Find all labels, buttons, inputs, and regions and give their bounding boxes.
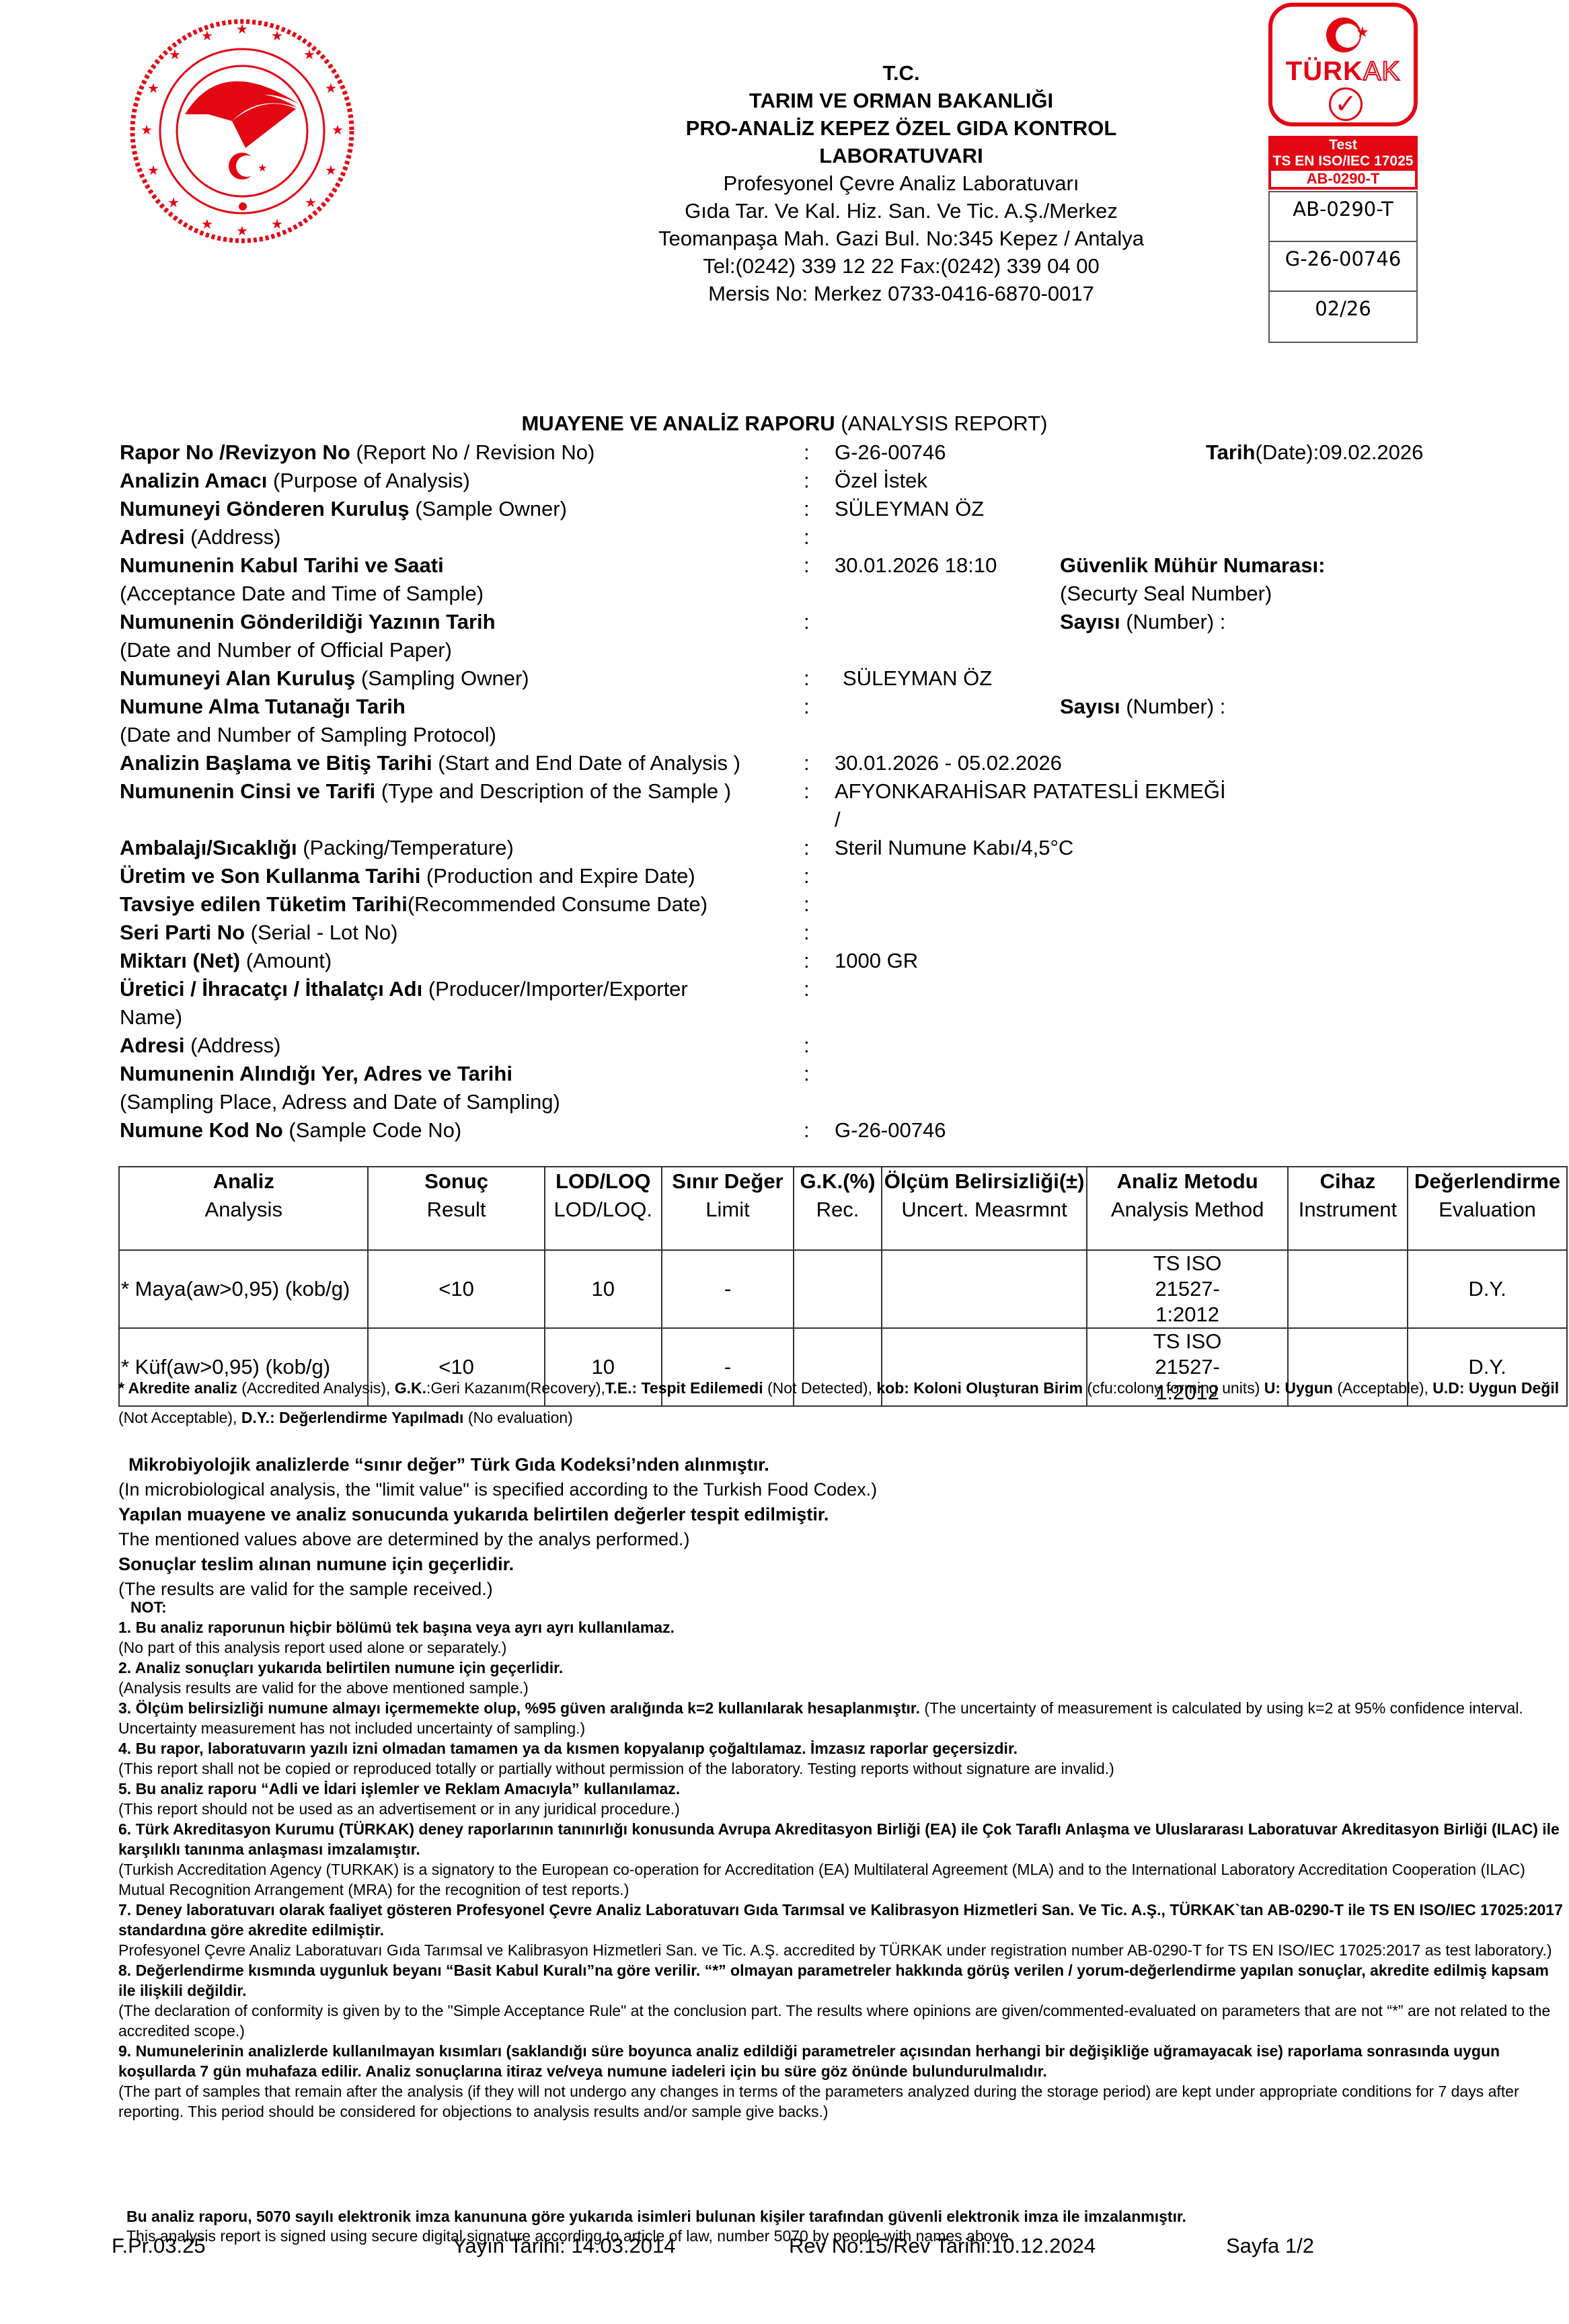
header-tr: Sınır Değer bbox=[664, 1167, 792, 1196]
note-item: 8. Değerlendirme kısmında uygunluk beyan… bbox=[118, 1960, 1564, 2041]
header-phone: Tel:(0242) 339 12 22 Fax:(0242) 339 04 0… bbox=[578, 252, 1224, 280]
note-en: (Analysis results are valid for the abov… bbox=[118, 1678, 1564, 1698]
column-header: G.K.(%)Rec. bbox=[794, 1167, 882, 1250]
statement-line: The mentioned values above are determine… bbox=[118, 1527, 1564, 1552]
ministry-seal-logo: ★ ★★ ★★ ★★ ★★ ★★ ★★ ★★ ★ ★ bbox=[121, 13, 363, 249]
ministry-seal-icon: ★ ★★ ★★ ★★ ★★ ★★ ★★ ★★ ★ ★ bbox=[121, 13, 363, 249]
column-header: Analiz MetoduAnalysis Method bbox=[1087, 1167, 1287, 1250]
legend-desc: (Acceptable), bbox=[1333, 1379, 1432, 1397]
svg-text:★: ★ bbox=[169, 48, 181, 63]
band-test-label: Test bbox=[1268, 137, 1418, 153]
header-lab-name-2: LABORATUVARI bbox=[578, 142, 1224, 169]
info-sample-type-cont: / bbox=[120, 806, 1532, 834]
note-tr: 6. Türk Akreditasyon Kurumu (TÜRKAK) den… bbox=[118, 1820, 1560, 1858]
turkak-logo: ★ TÜRKAK ✓ bbox=[1268, 3, 1418, 126]
table-row: * Maya(aw>0,95) (kob/g)<1010-TS ISO 2152… bbox=[119, 1250, 1567, 1328]
band-standard: TS EN ISO/IEC 17025 bbox=[1268, 153, 1418, 169]
note-item: 4. Bu rapor, laboratuvarın yazılı izni o… bbox=[118, 1738, 1564, 1779]
note-tr: 5. Bu analiz raporu “Adli ve İdari işlem… bbox=[118, 1780, 680, 1797]
header-tr: Cihaz bbox=[1290, 1167, 1406, 1196]
header-line: T.C. bbox=[578, 59, 1224, 87]
header-en: Analysis bbox=[205, 1198, 282, 1221]
info-acceptance-en: (Acceptance Date and Time of Sample) (Se… bbox=[120, 580, 1532, 608]
legend-term: U: Uygun bbox=[1264, 1379, 1333, 1397]
legend-term: * Akredite analiz bbox=[118, 1379, 237, 1397]
report-date: Tarih(Date):09.02.2026 bbox=[1206, 438, 1423, 467]
report-no-value: G-26-00746 bbox=[835, 438, 946, 467]
legend-desc: (Accredited Analysis), bbox=[237, 1379, 395, 1397]
info-sample-owner: Numuneyi Gönderen Kuruluş (Sample Owner)… bbox=[120, 495, 1532, 523]
info-sample-type: Numunenin Cinsi ve Tarifi (Type and Desc… bbox=[120, 777, 1532, 806]
note-en: (This report should not be used as an ad… bbox=[118, 1799, 1564, 1819]
header-ministry: TARIM VE ORMAN BAKANLIĞI bbox=[578, 87, 1224, 114]
header-en: Analysis Method bbox=[1111, 1198, 1264, 1221]
header-tr: Analiz Metodu bbox=[1089, 1167, 1285, 1196]
legend-term: T.E.: Tespit Edilemedi bbox=[605, 1379, 763, 1397]
header-address: Teomanpaşa Mah. Gazi Bul. No:345 Kepez /… bbox=[578, 225, 1224, 252]
microbiology-statements: Mikrobiyolojik analizlerde “sınır değer”… bbox=[118, 1452, 1564, 1602]
note-tr: 1. Bu analiz raporunun hiçbir bölümü tek… bbox=[118, 1619, 675, 1636]
statement-line: Sonuçlar teslim alınan numune için geçer… bbox=[118, 1552, 1564, 1577]
info-official-paper-en: (Date and Number of Official Paper) bbox=[120, 636, 1532, 664]
info-address: Adresi (Address) : bbox=[120, 523, 1532, 551]
info-sampling-place-en: (Sampling Place, Adress and Date of Samp… bbox=[120, 1088, 1532, 1116]
info-sampling-owner: Numuneyi Alan Kuruluş (Sampling Owner) :… bbox=[120, 664, 1532, 693]
legend-desc: (No evaluation) bbox=[463, 1409, 572, 1426]
report-period: 02/26 bbox=[1270, 292, 1416, 342]
legend-desc: (cfu:colony forming units) bbox=[1083, 1379, 1264, 1397]
note-item: 9. Numunelerinin analizlerde kullanılmay… bbox=[118, 2041, 1564, 2122]
svg-text:★: ★ bbox=[325, 163, 337, 178]
note-en: (Turkish Accreditation Agency (TURKAK) i… bbox=[118, 1859, 1564, 1900]
page-footer: F.Pr.03.25 Yayın Tarihi: 14.03.2014 Rev … bbox=[0, 2234, 1569, 2263]
star-icon: ★ bbox=[1356, 25, 1369, 40]
legend-term: G.K. bbox=[395, 1379, 426, 1397]
note-item: 6. Türk Akreditasyon Kurumu (TÜRKAK) den… bbox=[118, 1819, 1564, 1900]
note-tr: 4. Bu rapor, laboratuvarın yazılı izni o… bbox=[118, 1740, 1018, 1757]
note-en: (No part of this analysis report used al… bbox=[118, 1637, 1564, 1658]
legend-desc: (Not Detected), bbox=[763, 1379, 877, 1397]
svg-text:★: ★ bbox=[201, 29, 213, 44]
page-number: Sayfa 1/2 bbox=[1226, 2234, 1314, 2258]
header-tr: Sonuç bbox=[370, 1167, 542, 1196]
revision-info: Rev No:15/Rev Tarihi:10.12.2024 bbox=[789, 2234, 1096, 2258]
esign-tr: Bu analiz raporu, 5070 sayılı elektronik… bbox=[126, 2207, 1569, 2226]
header-lab-name: PRO-ANALİZ KEPEZ ÖZEL GIDA KONTROL bbox=[578, 114, 1224, 142]
svg-text:★: ★ bbox=[303, 48, 315, 63]
svg-text:★: ★ bbox=[236, 224, 248, 239]
note-item: 1. Bu analiz raporunun hiçbir bölümü tek… bbox=[118, 1617, 1564, 1658]
header-en: Rec. bbox=[816, 1198, 859, 1221]
cell-limit: - bbox=[662, 1250, 794, 1328]
statement-line: (In microbiological analysis, the "limit… bbox=[118, 1477, 1564, 1502]
legend-term: kob: Koloni Oluşturan Birim bbox=[876, 1379, 1083, 1397]
info-analysis-dates: Analizin Başlama ve Bitiş Tarihi (Start … bbox=[120, 749, 1532, 777]
note-item: 2. Analiz sonuçları yukarıda belirtilen … bbox=[118, 1658, 1564, 1698]
note-tr: 8. Değerlendirme kısmında uygunluk beyan… bbox=[118, 1962, 1549, 1999]
header-company: Profesyonel Çevre Analiz Laboratuvarı bbox=[578, 169, 1224, 197]
info-amount: Miktarı (Net) (Amount) : 1000 GR bbox=[120, 947, 1532, 975]
report-title: MUAYENE VE ANALİZ RAPORU (ANALYSIS REPOR… bbox=[0, 412, 1569, 436]
svg-text:★: ★ bbox=[141, 123, 153, 138]
results-table: AnalizAnalysisSonuçResultLOD/LOQLOD/LOQ.… bbox=[118, 1166, 1568, 1407]
info-sampling-protocol-en: (Date and Number of Sampling Protocol) bbox=[120, 721, 1532, 749]
report-number: G-26-00746 bbox=[1270, 242, 1416, 292]
svg-text:★: ★ bbox=[147, 163, 159, 178]
column-header: DeğerlendirmeEvaluation bbox=[1408, 1167, 1567, 1250]
column-header: LOD/LOQLOD/LOQ. bbox=[545, 1167, 662, 1250]
band-accreditation-code: AB-0290-T bbox=[1271, 171, 1415, 187]
header-en: Limit bbox=[705, 1198, 749, 1221]
info-sampling-place: Numunenin Alındığı Yer, Adres ve Tarihi … bbox=[120, 1060, 1532, 1088]
sample-info: Rapor No /Revizyon No (Report No / Revis… bbox=[120, 438, 1532, 1145]
legend-desc: :Geri Kazanım(Recovery), bbox=[426, 1379, 605, 1397]
info-acceptance: Numunenin Kabul Tarihi ve Saati : 30.01.… bbox=[120, 551, 1532, 580]
info-packing: Ambalajı/Sıcaklığı (Packing/Temperature)… bbox=[120, 834, 1532, 862]
note-tr: 2. Analiz sonuçları yukarıda belirtilen … bbox=[118, 1659, 563, 1676]
turkak-standard-band: Test TS EN ISO/IEC 17025 AB-0290-T bbox=[1268, 136, 1418, 190]
svg-text:★: ★ bbox=[271, 29, 283, 44]
info-lot: Seri Parti No (Serial - Lot No) : bbox=[120, 919, 1532, 947]
statement-line: Yapılan muayene ve analiz sonucunda yuka… bbox=[118, 1502, 1564, 1527]
svg-text:★: ★ bbox=[147, 81, 159, 96]
report-id-box: AB-0290-T G-26-00746 02/26 bbox=[1268, 191, 1418, 343]
legend-term: U.D: Uygun Değil bbox=[1432, 1379, 1559, 1397]
legend-desc: (Not Acceptable), bbox=[118, 1409, 241, 1426]
column-header: AnalizAnalysis bbox=[119, 1167, 368, 1250]
header-mersis: Mersis No: Merkez 0733-0416-6870-0017 bbox=[578, 280, 1224, 307]
note-en: (The part of samples that remain after t… bbox=[118, 2081, 1564, 2122]
column-header: Sınır DeğerLimit bbox=[662, 1167, 794, 1250]
svg-text:★: ★ bbox=[305, 196, 317, 210]
header-en: Evaluation bbox=[1439, 1198, 1536, 1221]
svg-text:★: ★ bbox=[236, 22, 248, 37]
publish-date: Yayın Tarihi: 14.03.2014 bbox=[453, 2234, 675, 2258]
info-consume: Tavsiye edilen Tüketim Tarihi(Recommende… bbox=[120, 890, 1532, 919]
svg-text:★: ★ bbox=[167, 196, 180, 210]
svg-text:★: ★ bbox=[258, 163, 267, 174]
cell-evaluation: D.Y. bbox=[1408, 1250, 1567, 1328]
info-report-no: Rapor No /Revizyon No (Report No / Revis… bbox=[120, 438, 1532, 467]
note-tr: 9. Numunelerinin analizlerde kullanılmay… bbox=[118, 2042, 1500, 2080]
note-item: 3. Ölçüm belirsizliği numune almayı içer… bbox=[118, 1698, 1564, 1738]
header-tr: Analiz bbox=[121, 1167, 366, 1196]
cell-method: TS ISO 21527-1:2012 bbox=[1087, 1250, 1287, 1328]
note-en: (This report shall not be copied or repr… bbox=[118, 1758, 1564, 1779]
header-en: Instrument bbox=[1299, 1198, 1397, 1221]
turkak-accreditation-badge: ★ TÜRKAK ✓ Test TS EN ISO/IEC 17025 AB-0… bbox=[1268, 3, 1419, 190]
info-purpose: Analizin Amacı (Purpose of Analysis) : Ö… bbox=[120, 467, 1532, 495]
form-code: F.Pr.03.25 bbox=[112, 2234, 206, 2258]
svg-text:★: ★ bbox=[271, 217, 283, 232]
header-tr: Değerlendirme bbox=[1410, 1167, 1565, 1196]
header-company-2: Gıda Tar. Ve Kal. Hiz. San. Ve Tic. A.Ş.… bbox=[578, 197, 1224, 225]
abbreviation-legend: * Akredite analiz (Accredited Analysis),… bbox=[118, 1373, 1564, 1432]
note-en: (The declaration of conformity is given … bbox=[118, 2001, 1564, 2041]
statement-line: Mikrobiyolojik analizlerde “sınır değer”… bbox=[118, 1452, 1564, 1477]
notes-label: NOT: bbox=[118, 1597, 1564, 1617]
info-sampling-protocol: Numune Alma Tutanağı Tarih : Sayısı (Num… bbox=[120, 693, 1532, 721]
info-production: Üretim ve Son Kullanma Tarihi (Productio… bbox=[120, 862, 1532, 890]
svg-text:★: ★ bbox=[325, 81, 337, 96]
note-item: 5. Bu analiz raporu “Adli ve İdari işlem… bbox=[118, 1779, 1564, 1819]
note-item: 7. Deney laboratuvarı olarak faaliyet gö… bbox=[118, 1900, 1564, 1960]
svg-text:★: ★ bbox=[201, 217, 213, 232]
cell-uncert bbox=[882, 1250, 1087, 1328]
header-tr: LOD/LOQ bbox=[547, 1167, 660, 1196]
cell-instrument bbox=[1288, 1250, 1408, 1328]
note-tr: 7. Deney laboratuvarı olarak faaliyet gö… bbox=[118, 1901, 1563, 1939]
note-tr: 3. Ölçüm belirsizliği numune almayı içer… bbox=[118, 1699, 920, 1717]
cell-lod: 10 bbox=[545, 1250, 662, 1328]
header-en: Result bbox=[427, 1198, 486, 1221]
cell-result: <10 bbox=[368, 1250, 544, 1328]
column-header: Ölçüm Belirsizliği(±)Uncert. Measrmnt bbox=[882, 1167, 1087, 1250]
info-address-2: Adresi (Address) : bbox=[120, 1032, 1532, 1060]
accreditation-number: AB-0290-T bbox=[1270, 192, 1416, 242]
info-producer: Üretici / İhracatçı / İthalatçı Adı (Pro… bbox=[120, 975, 1532, 1003]
header-en: LOD/LOQ. bbox=[554, 1198, 652, 1221]
header-en: Uncert. Measrmnt bbox=[901, 1198, 1067, 1221]
results-header-row: AnalizAnalysisSonuçResultLOD/LOQLOD/LOQ.… bbox=[119, 1167, 1567, 1250]
info-official-paper: Numunenin Gönderildiği Yazının Tarih : S… bbox=[120, 608, 1532, 636]
checkmark-icon: ✓ bbox=[1329, 87, 1363, 121]
lab-header: T.C. TARIM VE ORMAN BAKANLIĞI PRO-ANALİZ… bbox=[578, 59, 1224, 307]
note-en: Profesyonel Çevre Analiz Laboratuvarı Gı… bbox=[118, 1940, 1564, 1960]
column-header: SonuçResult bbox=[368, 1167, 544, 1250]
turkak-wordmark: TÜRKAK bbox=[1272, 56, 1414, 87]
cell-rec bbox=[794, 1250, 882, 1328]
header-tr: G.K.(%) bbox=[796, 1167, 880, 1196]
cell-analysis: * Maya(aw>0,95) (kob/g) bbox=[119, 1250, 368, 1328]
header-tr: Ölçüm Belirsizliği(±) bbox=[884, 1167, 1085, 1196]
column-header: CihazInstrument bbox=[1288, 1167, 1408, 1250]
svg-text:★: ★ bbox=[332, 123, 344, 138]
info-producer-cont: Name) bbox=[120, 1003, 1532, 1032]
info-sample-code: Numune Kod No (Sample Code No) : G-26-00… bbox=[120, 1116, 1532, 1145]
report-notes: NOT: 1. Bu analiz raporunun hiçbir bölüm… bbox=[118, 1597, 1564, 2122]
legend-term: D.Y.: Değerlendirme Yapılmadı bbox=[241, 1409, 464, 1426]
